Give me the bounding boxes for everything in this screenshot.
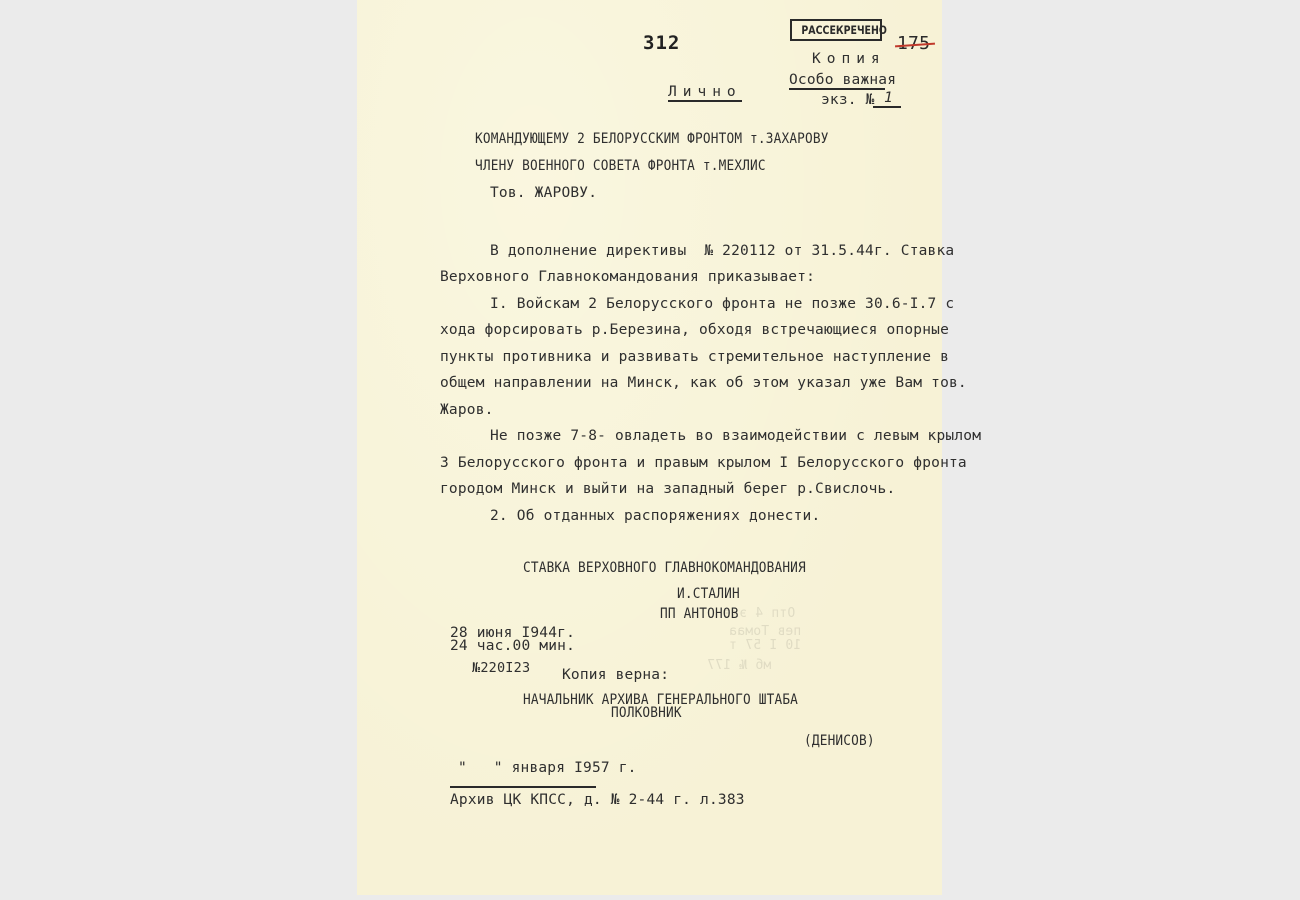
page-number: 312 (643, 35, 680, 51)
addressee-line: КОМАНДУЮЩЕМУ 2 БЕЛОРУССКИМ ФРОНТОМ т.ЗАХ… (475, 131, 829, 147)
declassified-stamp: РАССЕКРЕЧЕНО (790, 19, 882, 41)
body-line: хода форсировать р.Березина, обходя встр… (440, 322, 949, 338)
certifier-rank: ПОЛКОВНИК (611, 707, 682, 720)
signature-org: СТАВКА ВЕРХОВНОГО ГЛАВНОКОМАНДОВАНИЯ (523, 560, 806, 576)
copy-number: 1 (884, 90, 893, 106)
classification-underline (789, 88, 885, 90)
personal-label: Лично (668, 84, 742, 100)
personal-underline (668, 100, 742, 102)
bleed-through-text: мб № 177 (707, 658, 771, 674)
body-line: I. Войскам 2 Белорусского фронта не позж… (490, 296, 954, 312)
body-line: Жаров. (440, 402, 494, 418)
certifier-name: (ДЕНИСОВ) (804, 733, 875, 749)
directive-number: №220I23 (472, 660, 530, 676)
body-line: В дополнение директивы № 220112 от 31.5.… (490, 243, 954, 259)
certification-date: " " января I957 г. (458, 760, 637, 776)
body-line: 3 Белорусского фронта и правым крылом I … (440, 455, 967, 471)
addressee-line: Тов. ЖАРОВУ. (490, 185, 597, 201)
body-line: общем направлении на Минск, как об этом … (440, 375, 967, 391)
divider-line (450, 786, 596, 788)
copy-true-label: Копия верна: (562, 667, 669, 683)
body-line: пункты противника и развивать стремитель… (440, 349, 949, 365)
body-line: 2. Об отданных распоряжениях донести. (490, 508, 820, 524)
bleed-through-text: 10 I 57 т (729, 638, 801, 654)
body-line: Не позже 7-8- овладеть во взаимодействии… (490, 428, 981, 444)
body-line: Верховного Главнокомандования приказывае… (440, 269, 815, 285)
archive-reference: Архив ЦК КПСС, д. № 2-44 г. л.383 (450, 792, 745, 808)
classification-label: Особо важная (789, 72, 896, 88)
signer-stalin: И.СТАЛИН (677, 586, 740, 602)
copy-number-label: экз. № (821, 92, 875, 108)
document-page: 312 РАССЕКРЕЧЕНО 175 Копия Особо важная … (357, 0, 942, 895)
addressee-line: ЧЛЕНУ ВОЕННОГО СОВЕТА ФРОНТА т.МЕХЛИС (475, 158, 766, 174)
copy-label: Копия (812, 51, 886, 67)
order-time: 24 час.00 мин. (450, 640, 575, 653)
body-line: городом Минск и выйти на западный берег … (440, 481, 895, 497)
copy-number-underline (873, 106, 901, 108)
bleed-through-text: Отп 4 экз (723, 606, 795, 622)
